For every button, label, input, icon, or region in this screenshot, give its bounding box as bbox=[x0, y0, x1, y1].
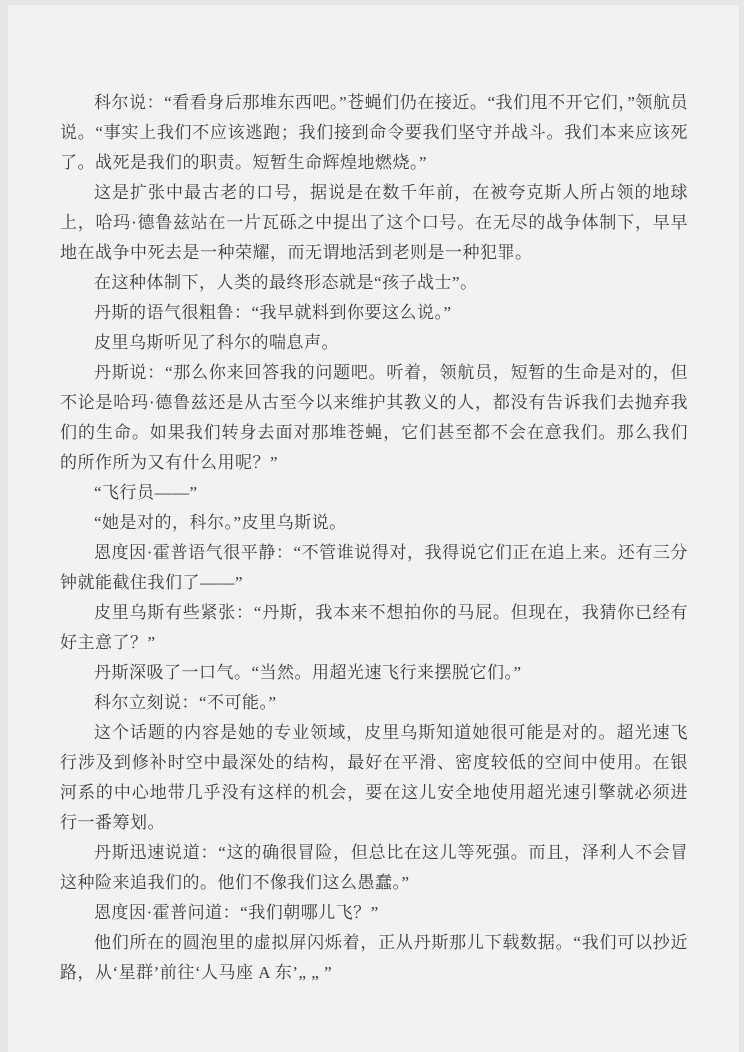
paragraph: “飞行员——” bbox=[60, 478, 688, 508]
paragraph: 丹斯迅速说道：“这的确很冒险，但总比在这儿等死强。而且，泽利人不会冒这种险来追我… bbox=[60, 838, 688, 898]
paragraph: 他们所在的圆泡里的虚拟屏闪烁着，正从丹斯那儿下载数据。“我们可以抄近路，从‘星群… bbox=[60, 928, 688, 988]
paragraph: 丹斯说：“那么你来回答我的问题吧。听着，领航员，短暂的生命是对的，但不论是哈玛·… bbox=[60, 358, 688, 478]
paragraph: 皮里乌斯有些紧张：“丹斯，我本来不想拍你的马屁。但现在，我猜你已经有好主意了？” bbox=[60, 598, 688, 658]
paragraph: 恩度因·霍普语气很平静：“不管谁说得对，我得说它们正在追上来。还有三分钟就能截住… bbox=[60, 538, 688, 598]
paragraph: 科尔立刻说：“不可能。” bbox=[60, 688, 688, 718]
paragraph: 丹斯的语气很粗鲁：“我早就料到你要这么说。” bbox=[60, 298, 688, 328]
paragraph: 这是扩张中最古老的口号，据说是在数千年前，在被夸克斯人所占领的地球上，哈玛·德鲁… bbox=[60, 178, 688, 268]
paragraph: 这个话题的内容是她的专业领域，皮里乌斯知道她很可能是对的。超光速飞行涉及到修补时… bbox=[60, 718, 688, 838]
book-page: 科尔说：“看看身后那堆东西吧。”苍蝇们仍在接近。“我们甩不开它们，”领航员说。“… bbox=[8, 5, 739, 1052]
page-text-body: 科尔说：“看看身后那堆东西吧。”苍蝇们仍在接近。“我们甩不开它们，”领航员说。“… bbox=[60, 88, 688, 988]
paragraph: 恩度因·霍普问道：“我们朝哪儿飞？” bbox=[60, 898, 688, 928]
paragraph: 皮里乌斯听见了科尔的喘息声。 bbox=[60, 328, 688, 358]
paragraph: 丹斯深吸了一口气。“当然。用超光速飞行来摆脱它们。” bbox=[60, 658, 688, 688]
paragraph: 在这种体制下，人类的最终形态就是“孩子战士”。 bbox=[60, 268, 688, 298]
paragraph: 科尔说：“看看身后那堆东西吧。”苍蝇们仍在接近。“我们甩不开它们，”领航员说。“… bbox=[60, 88, 688, 178]
paragraph: “她是对的，科尔。”皮里乌斯说。 bbox=[60, 508, 688, 538]
